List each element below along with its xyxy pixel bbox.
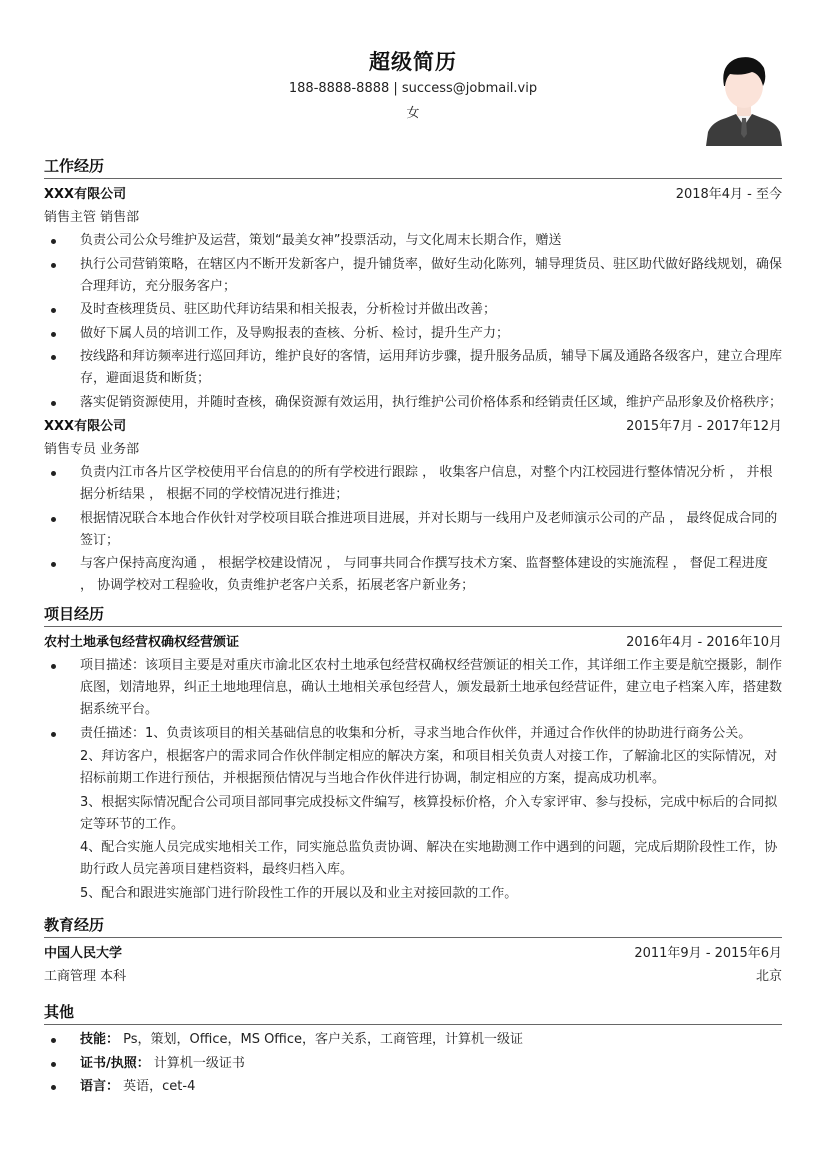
languages-label: 语言： <box>80 1079 119 1094</box>
section-title: 工作经历 <box>44 156 782 176</box>
school-name: 中国人民大学 <box>44 942 122 965</box>
education-period: 2011年9月 - 2015年6月 <box>634 942 782 965</box>
school-location: 北京 <box>756 965 782 988</box>
list-item: 做好下属人员的培训工作，及导购报表的查核、分析、检讨，提升生产力； <box>44 323 782 345</box>
resume-page: 超级简历 188-8888-8888 | success@jobmail.vip… <box>44 0 782 150</box>
paragraph: 5、配合和跟进实施部门进行阶段性工作的开展以及和业主对接回款的工作。 <box>44 883 782 905</box>
company-name: XXX有限公司 <box>44 183 126 206</box>
list-item: 责任描述：1、负责该项目的相关基础信息的收集和分析，寻求当地合作伙伴，并通过合作… <box>44 723 782 745</box>
resume-header: 超级简历 188-8888-8888 | success@jobmail.vip… <box>44 0 782 150</box>
list-item: 与客户保持高度沟通 ， 根据学校建设情况 ， 与同事共同合作撰写技术方案、监督整… <box>44 553 782 597</box>
other-section: 其他 技能： Ps，策划，Office，MS Office，客户关系，工商管理，… <box>44 1002 782 1100</box>
section-divider <box>44 1024 782 1025</box>
list-item: 根据情况联合本地合作伙针对学校项目联合推进项目进展，并对长期与一线用户及老师演示… <box>44 508 782 552</box>
education-section: 教育经历 中国人民大学 2011年9月 - 2015年6月 工商管理 本科 北京 <box>44 915 782 988</box>
gender: 女 <box>44 102 782 121</box>
list-item: 负责内江市各片区学校使用平台信息的的所有学校进行跟踪 ， 收集客户信息，对整个内… <box>44 462 782 506</box>
list-item: 执行公司营销策略，在辖区内不断开发新客户，提升铺货率，做好生动化陈列，辅导理货员… <box>44 254 782 298</box>
avatar-icon <box>704 52 784 146</box>
contact-info: 188-8888-8888 | success@jobmail.vip <box>44 81 782 96</box>
project-entry: 农村土地承包经营权确权经营颁证 2016年4月 - 2016年10月 项目描述：… <box>44 631 782 905</box>
section-divider <box>44 626 782 627</box>
work-entry: XXX有限公司 2015年7月 - 2017年12月 销售专员 业务部 负责内江… <box>44 415 782 597</box>
list-item: 及时查核理货员、驻区助代拜访结果和相关报表，分析检讨并做出改善； <box>44 299 782 321</box>
paragraph: 2、拜访客户，根据客户的需求同合作伙伴制定相应的解决方案，和项目相关负责人对接工… <box>44 746 782 790</box>
job-role: 销售专员 业务部 <box>44 438 782 461</box>
candidate-name: 超级简历 <box>44 46 782 76</box>
section-title: 其他 <box>44 1002 782 1022</box>
section-title: 项目经历 <box>44 604 782 624</box>
project-period: 2016年4月 - 2016年10月 <box>626 631 782 654</box>
education-entry: 中国人民大学 2011年9月 - 2015年6月 工商管理 本科 北京 <box>44 942 782 988</box>
languages-value: 英语，cet-4 <box>119 1079 195 1094</box>
list-item: 证书/执照： 计算机一级证书 <box>44 1053 782 1075</box>
work-entry: XXX有限公司 2018年4月 - 至今 销售主管 销售部 负责公司公众号维护及… <box>44 183 782 414</box>
list-item: 技能： Ps，策划，Office，MS Office，客户关系，工商管理，计算机… <box>44 1029 782 1051</box>
work-period: 2018年4月 - 至今 <box>676 183 782 206</box>
list-item: 按线路和拜访频率进行巡回拜访，维护良好的客情，运用拜访步骤，提升服务品质，辅导下… <box>44 346 782 390</box>
skills-value: Ps，策划，Office，MS Office，客户关系，工商管理，计算机一级证 <box>119 1032 523 1047</box>
certificates-label: 证书/执照： <box>80 1056 150 1071</box>
work-period: 2015年7月 - 2017年12月 <box>626 415 782 438</box>
project-experience-section: 项目经历 农村土地承包经营权确权经营颁证 2016年4月 - 2016年10月 … <box>44 604 782 906</box>
project-name: 农村土地承包经营权确权经营颁证 <box>44 631 239 654</box>
major-degree: 工商管理 本科 <box>44 965 126 988</box>
list-item: 落实促销资源使用，并随时查核，确保资源有效运用，执行维护公司价格体系和经销责任区… <box>44 392 782 414</box>
section-divider <box>44 178 782 179</box>
list-item: 负责公司公众号维护及运营，策划“最美女神”投票活动，与文化周末长期合作，赠送 <box>44 230 782 252</box>
paragraph: 4、配合实施人员完成实地相关工作，同实施总监负责协调、解决在实地勘测工作中遇到的… <box>44 837 782 881</box>
list-item: 项目描述：该项目主要是对重庆市渝北区农村土地承包经营权确权经营颁证的相关工作，其… <box>44 655 782 721</box>
company-name: XXX有限公司 <box>44 415 126 438</box>
section-divider <box>44 937 782 938</box>
skills-label: 技能： <box>80 1032 119 1047</box>
paragraph: 3、根据实际情况配合公司项目部同事完成投标文件编写，核算投标价格，介入专家评审、… <box>44 792 782 836</box>
work-experience-section: 工作经历 XXX有限公司 2018年4月 - 至今 销售主管 销售部 负责公司公… <box>44 156 782 599</box>
job-role: 销售主管 销售部 <box>44 206 782 229</box>
section-title: 教育经历 <box>44 915 782 935</box>
list-item: 语言： 英语，cet-4 <box>44 1076 782 1098</box>
certificates-value: 计算机一级证书 <box>150 1056 245 1071</box>
